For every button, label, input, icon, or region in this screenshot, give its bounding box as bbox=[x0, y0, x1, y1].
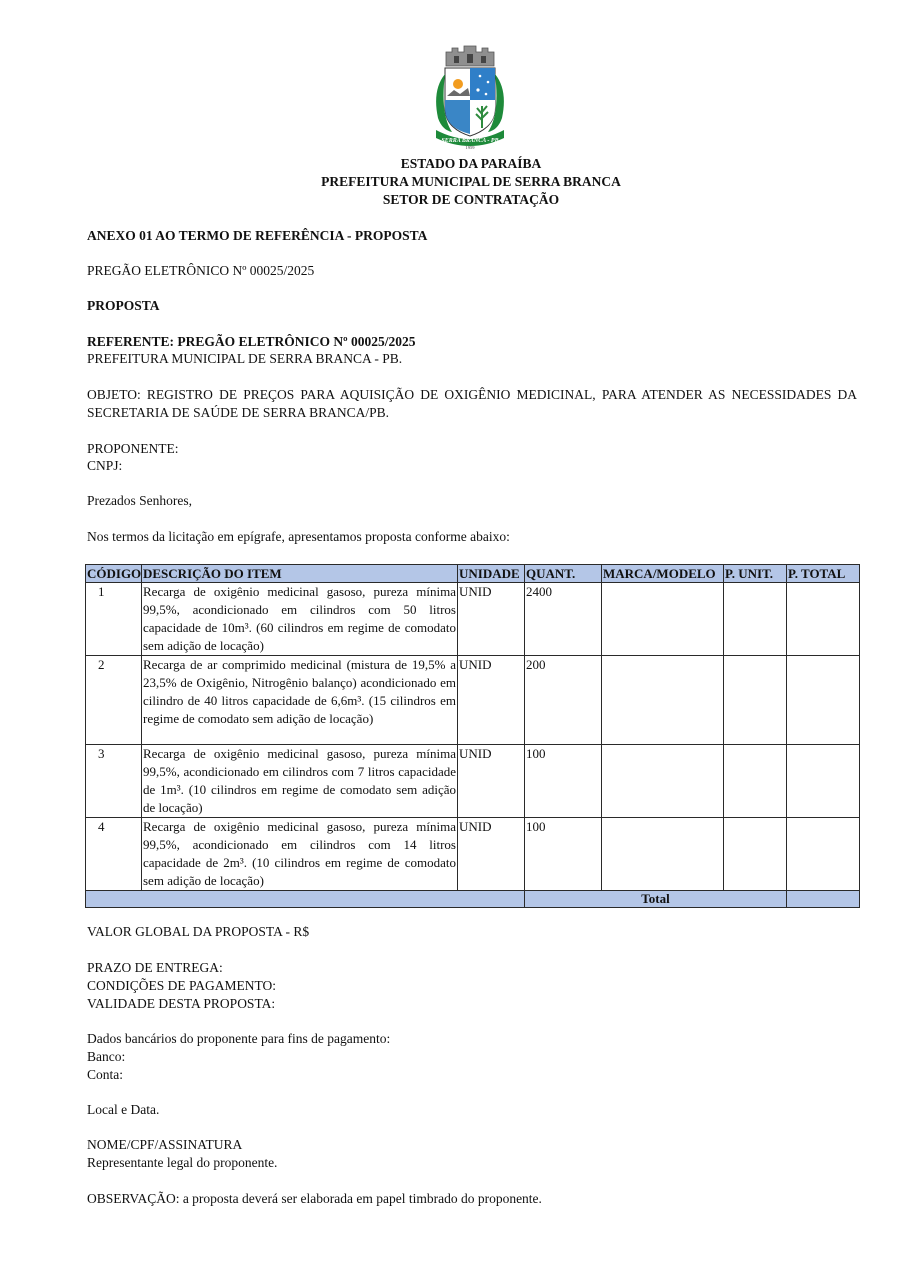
column-header-total-price: P. TOTAL bbox=[787, 565, 860, 583]
total-row-spacer bbox=[86, 891, 525, 908]
bank-data-label: Dados bancários do proponente para fins … bbox=[87, 1030, 390, 1048]
cell-unit: UNID bbox=[458, 818, 525, 891]
column-header-brand-model: MARCA/MODELO bbox=[602, 565, 724, 583]
cell-quantity: 100 bbox=[525, 745, 602, 818]
letterhead: ESTADO DA PARAÍBA PREFEITURA MUNICIPAL D… bbox=[0, 155, 900, 209]
cell-brand-model bbox=[602, 818, 724, 891]
cnpj-label: CNPJ: bbox=[87, 457, 122, 475]
items-table: CÓDIGO DESCRIÇÃO DO ITEM UNIDADE QUANT. … bbox=[85, 564, 860, 908]
total-label: Total bbox=[525, 891, 787, 908]
total-row: Total bbox=[86, 891, 860, 908]
payment-conditions-label: CONDIÇÕES DE PAGAMENTO: bbox=[87, 977, 276, 995]
pregao-number: PREGÃO ELETRÔNICO Nº 00025/2025 bbox=[87, 262, 314, 280]
cell-code: 1 bbox=[86, 583, 142, 656]
greeting: Prezados Senhores, bbox=[87, 492, 192, 510]
delivery-term-label: PRAZO DE ENTREGA: bbox=[87, 959, 223, 977]
cell-unit-price bbox=[724, 818, 787, 891]
proposal-heading: PROPOSTA bbox=[87, 297, 160, 315]
table-row: 2Recarga de ar comprimido medicinal (mis… bbox=[86, 656, 860, 745]
cell-description: Recarga de oxigênio medicinal gasoso, pu… bbox=[142, 745, 458, 818]
validity-label: VALIDADE DESTA PROPOSTA: bbox=[87, 995, 275, 1013]
reference-line: REFERENTE: PREGÃO ELETRÔNICO Nº 00025/20… bbox=[87, 333, 416, 351]
cell-total-price bbox=[787, 656, 860, 745]
cell-quantity: 2400 bbox=[525, 583, 602, 656]
prefecture-line: PREFEITURA MUNICIPAL DE SERRA BRANCA - P… bbox=[87, 350, 402, 368]
cell-description: Recarga de ar comprimido medicinal (mist… bbox=[142, 656, 458, 745]
cell-total-price bbox=[787, 745, 860, 818]
intro-text: Nos termos da licitação em epígrafe, apr… bbox=[87, 528, 510, 546]
column-header-unit: UNIDADE bbox=[458, 565, 525, 583]
annex-title: ANEXO 01 AO TERMO DE REFERÊNCIA - PROPOS… bbox=[87, 227, 427, 245]
document-page: SERRA BRANCA - PB 1959 ESTADO DA PARAÍBA… bbox=[0, 0, 900, 1273]
crest-motto: SERRA BRANCA - PB bbox=[441, 138, 498, 144]
cell-quantity: 200 bbox=[525, 656, 602, 745]
cell-unit: UNID bbox=[458, 745, 525, 818]
cell-total-price bbox=[787, 583, 860, 656]
cell-unit: UNID bbox=[458, 583, 525, 656]
cell-code: 2 bbox=[86, 656, 142, 745]
column-header-quantity: QUANT. bbox=[525, 565, 602, 583]
global-value-label: VALOR GLOBAL DA PROPOSTA - R$ bbox=[87, 923, 309, 941]
prefecture-title: PREFEITURA MUNICIPAL DE SERRA BRANCA bbox=[0, 173, 900, 191]
cell-code: 4 bbox=[86, 818, 142, 891]
observation-note: OBSERVAÇÃO: a proposta deverá ser elabor… bbox=[87, 1190, 542, 1208]
cell-brand-model bbox=[602, 656, 724, 745]
cell-unit: UNID bbox=[458, 656, 525, 745]
table-row: 1Recarga de oxigênio medicinal gasoso, p… bbox=[86, 583, 860, 656]
legal-representative-label: Representante legal do proponente. bbox=[87, 1154, 277, 1172]
object-description: OBJETO: REGISTRO DE PREÇOS PARA AQUISIÇÃ… bbox=[87, 386, 857, 422]
cell-unit-price bbox=[724, 583, 787, 656]
cell-unit-price bbox=[724, 656, 787, 745]
signature-label: NOME/CPF/ASSINATURA bbox=[87, 1136, 242, 1154]
sector-title: SETOR DE CONTRATAÇÃO bbox=[0, 191, 900, 209]
table-row: 3Recarga de oxigênio medicinal gasoso, p… bbox=[86, 745, 860, 818]
place-date-label: Local e Data. bbox=[87, 1101, 159, 1119]
cell-total-price bbox=[787, 818, 860, 891]
table-header-row: CÓDIGO DESCRIÇÃO DO ITEM UNIDADE QUANT. … bbox=[86, 565, 860, 583]
coat-of-arms-icon: SERRA BRANCA - PB 1959 bbox=[428, 44, 512, 150]
table-row: 4Recarga de oxigênio medicinal gasoso, p… bbox=[86, 818, 860, 891]
cell-brand-model bbox=[602, 583, 724, 656]
cell-description: Recarga de oxigênio medicinal gasoso, pu… bbox=[142, 818, 458, 891]
column-header-description: DESCRIÇÃO DO ITEM bbox=[142, 565, 458, 583]
total-value bbox=[787, 891, 860, 908]
cell-quantity: 100 bbox=[525, 818, 602, 891]
cell-unit-price bbox=[724, 745, 787, 818]
proponent-label: PROPONENTE: bbox=[87, 440, 179, 458]
cell-code: 3 bbox=[86, 745, 142, 818]
column-header-code: CÓDIGO bbox=[86, 565, 142, 583]
account-label: Conta: bbox=[87, 1066, 123, 1084]
crest-year: 1959 bbox=[466, 145, 476, 150]
bank-label: Banco: bbox=[87, 1048, 125, 1066]
cell-description: Recarga de oxigênio medicinal gasoso, pu… bbox=[142, 583, 458, 656]
cell-brand-model bbox=[602, 745, 724, 818]
column-header-unit-price: P. UNIT. bbox=[724, 565, 787, 583]
state-title: ESTADO DA PARAÍBA bbox=[0, 155, 900, 173]
